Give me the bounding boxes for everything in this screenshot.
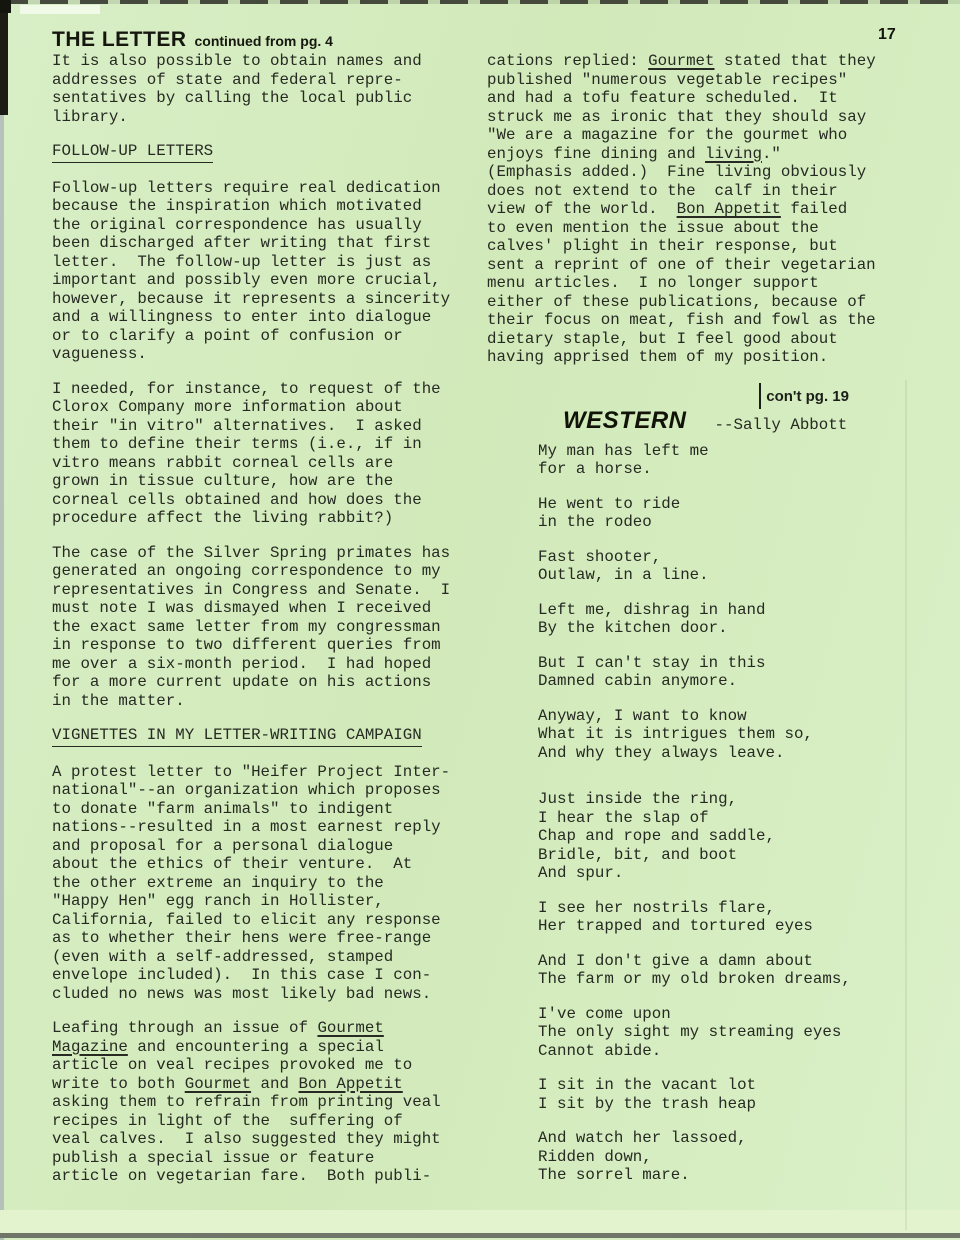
poem-byline: --Sally Abbott <box>715 416 848 434</box>
text-line: been discharged after writing that first <box>52 234 476 253</box>
text-line: He went to ride <box>538 495 911 514</box>
text-line: their focus on meat, fish and fowl as th… <box>487 311 911 330</box>
text-line: Fast shooter, <box>538 548 911 567</box>
scan-corner-mark <box>0 0 11 13</box>
text-line: Her trapped and tortured eyes <box>538 917 911 936</box>
text-line: in the rodeo <box>538 513 911 532</box>
text-line: write to both Gourmet and Bon Appetit <box>52 1075 476 1094</box>
text-line: Chap and rope and saddle, <box>538 827 911 846</box>
poem-stanza: My man has left mefor a horse. <box>538 442 911 479</box>
scan-paper-sliver <box>20 5 100 14</box>
text-line: to donate "farm animals" to indigent <box>52 800 476 819</box>
poem-stanza: Just inside the ring,I hear the slap ofC… <box>538 790 911 883</box>
text-line: about the ethics of their venture. At <box>52 855 476 874</box>
text-line: the original correspondence has usually <box>52 216 476 235</box>
text-line: me over a six-month period. I had hoped <box>52 655 476 674</box>
poem-stanza: Anyway, I want to knowWhat it is intrigu… <box>538 707 911 763</box>
poem-stanza: I see her nostrils flare,Her trapped and… <box>538 899 911 936</box>
text-line: the exact same letter from my congressma… <box>52 618 476 637</box>
text-line: representatives in Congress and Senate. … <box>52 581 476 600</box>
text-line: publish a special issue or feature <box>52 1149 476 1168</box>
text-line: "We are a magazine for the gourmet who <box>487 126 911 145</box>
text-line: Bridle, bit, and boot <box>538 846 911 865</box>
poem-stanza: I sit in the vacant lotI sit by the tras… <box>538 1076 911 1113</box>
text-segment: and <box>251 1075 298 1093</box>
text-line: The only sight my streaming eyes <box>538 1023 911 1042</box>
text-line: however, because it represents a sinceri… <box>52 290 476 309</box>
text-line: and had a tofu feature scheduled. It <box>487 89 911 108</box>
text-line: What it is intrigues them so, <box>538 725 911 744</box>
text-line: California, failed to elicit any respons… <box>52 911 476 930</box>
text-line: I've come upon <box>538 1005 911 1024</box>
text-segment: failed <box>781 200 847 218</box>
text-line: menu articles. I no longer support <box>487 274 911 293</box>
text-line: Ridden down, <box>538 1148 911 1167</box>
text-line: cations replied: Gourmet stated that the… <box>487 52 911 71</box>
scan-bottom-band <box>0 1210 960 1234</box>
text-line: in the matter. <box>52 692 476 711</box>
continuation-note: con't pg. 19 <box>487 383 911 405</box>
text-segment: enjoys fine dining and <box>487 145 705 163</box>
vertical-rule <box>759 383 761 409</box>
text-line: Follow-up letters require real dedicatio… <box>52 179 476 198</box>
text-line: to even mention the issue about the <box>487 219 911 238</box>
section-heading: FOLLOW-UP LETTERS <box>52 142 476 163</box>
text-line: By the kitchen door. <box>538 619 911 638</box>
text-segment: ." <box>762 145 781 163</box>
text-line: I sit by the trash heap <box>538 1095 911 1114</box>
article-title: THE LETTER <box>52 28 187 52</box>
text-line: grown in tissue culture, how are the <box>52 472 476 491</box>
text-line: Magazine and encountering a special <box>52 1038 476 1057</box>
text-line: And why they always leave. <box>538 744 911 763</box>
page-number: 17 <box>878 26 896 44</box>
text-line: because the inspiration which motivated <box>52 197 476 216</box>
text-line: article on veal recipes provoked me to <box>52 1056 476 1075</box>
text-segment: view of the world. <box>487 200 677 218</box>
paragraph: I needed, for instance, to request of th… <box>52 380 476 528</box>
paragraph: Follow-up letters require real dedicatio… <box>52 179 476 364</box>
text-line: must note I was dismayed when I received <box>52 599 476 618</box>
text-line: asking them to refrain from printing vea… <box>52 1093 476 1112</box>
underlined-text: Bon Appetit <box>677 200 781 218</box>
text-line: The sorrel mare. <box>538 1166 911 1185</box>
text-line: Leafing through an issue of Gourmet <box>52 1019 476 1038</box>
text-line: I needed, for instance, to request of th… <box>52 380 476 399</box>
underlined-text: Bon Appetit <box>298 1075 402 1093</box>
poem-title: WESTERN <box>563 408 687 434</box>
poem-stanza: And watch her lassoed,Ridden down,The so… <box>538 1129 911 1185</box>
text-line: I hear the slap of <box>538 809 911 828</box>
section-heading-text: VIGNETTES IN MY LETTER-WRITING CAMPAIGN <box>52 726 422 747</box>
scanned-newsletter-page: THE LETTER continued from pg. 4 17 It is… <box>0 0 960 1240</box>
right-column: cations replied: Gourmet stated that the… <box>487 52 911 1201</box>
text-line: letter. The follow-up letter is just as <box>52 253 476 272</box>
text-line: generated an ongoing correspondence to m… <box>52 562 476 581</box>
text-line: corneal cells obtained and how does the <box>52 491 476 510</box>
text-line: for a horse. <box>538 460 911 479</box>
scan-bottom-edge <box>0 1233 960 1238</box>
text-line: for a more current update on his actions <box>52 673 476 692</box>
text-line: and proposal for a personal dialogue <box>52 837 476 856</box>
text-line: article on vegetarian fare. Both publi- <box>52 1167 476 1186</box>
text-line: procedure affect the living rabbit?) <box>52 509 476 528</box>
text-line: Left me, dishrag in hand <box>538 601 911 620</box>
text-line: It is also possible to obtain names and <box>52 52 476 71</box>
text-line: either of these publications, because of <box>487 293 911 312</box>
paragraph: It is also possible to obtain names anda… <box>52 52 476 126</box>
article-header: THE LETTER continued from pg. 4 <box>52 28 333 52</box>
text-line: The farm or my old broken dreams, <box>538 970 911 989</box>
poem-header: WESTERN --Sally Abbott <box>487 407 911 434</box>
text-line: I see her nostrils flare, <box>538 899 911 918</box>
text-segment: write to both <box>52 1075 185 1093</box>
scan-left-edge <box>0 0 4 1240</box>
paragraph: A protest letter to "Heifer Project Inte… <box>52 763 476 1004</box>
section-heading: VIGNETTES IN MY LETTER-WRITING CAMPAIGN <box>52 726 476 747</box>
section-heading-text: FOLLOW-UP LETTERS <box>52 142 213 163</box>
text-line: Damned cabin anymore. <box>538 672 911 691</box>
text-line: And spur. <box>538 864 911 883</box>
text-line: published "numerous vegetable recipes" <box>487 71 911 90</box>
underlined-text: living <box>705 145 762 163</box>
text-line: My man has left me <box>538 442 911 461</box>
text-line: does not extend to the calf in their <box>487 182 911 201</box>
continuation-text: con't pg. 19 <box>766 388 849 405</box>
text-line: sent a reprint of one of their vegetaria… <box>487 256 911 275</box>
scan-left-black-bar <box>0 13 8 115</box>
text-segment: cations replied: <box>487 52 648 70</box>
text-line: view of the world. Bon Appetit failed <box>487 200 911 219</box>
text-line: (Emphasis added.) Fine living obviously <box>487 163 911 182</box>
text-line: vagueness. <box>52 345 476 364</box>
text-line: struck me as ironic that they should say <box>487 108 911 127</box>
paragraph: The case of the Silver Spring primates h… <box>52 544 476 711</box>
text-line: veal calves. I also suggested they might <box>52 1130 476 1149</box>
text-line: them to define their terms (i.e., if in <box>52 435 476 454</box>
poem-body: My man has left mefor a horse.He went to… <box>538 442 911 1185</box>
poem-stanza: But I can't stay in thisDamned cabin any… <box>538 654 911 691</box>
article-subtitle: continued from pg. 4 <box>195 33 333 49</box>
text-line: Clorox Company more information about <box>52 398 476 417</box>
text-line: cluded no news was most likely bad news. <box>52 985 476 1004</box>
text-line: nations--resulted in a most earnest repl… <box>52 818 476 837</box>
text-line: And I don't give a damn about <box>538 952 911 971</box>
paragraph: cations replied: Gourmet stated that the… <box>487 52 911 367</box>
text-line: Just inside the ring, <box>538 790 911 809</box>
text-line: A protest letter to "Heifer Project Inte… <box>52 763 476 782</box>
text-line: (even with a self-addressed, stamped <box>52 948 476 967</box>
text-line: national"--an organization which propose… <box>52 781 476 800</box>
text-segment: and encountering a special <box>128 1038 384 1056</box>
text-line: Cannot abide. <box>538 1042 911 1061</box>
text-line: addresses of state and federal repre- <box>52 71 476 90</box>
poem-stanza: He went to ridein the rodeo <box>538 495 911 532</box>
text-line: envelope included). In this case I con- <box>52 966 476 985</box>
text-segment: Leafing through an issue of <box>52 1019 317 1037</box>
text-line: recipes in light of the suffering of <box>52 1112 476 1131</box>
right-column-text: cations replied: Gourmet stated that the… <box>487 52 911 367</box>
text-line: "Happy Hen" egg ranch in Hollister, <box>52 892 476 911</box>
text-line: library. <box>52 108 476 127</box>
text-line: The case of the Silver Spring primates h… <box>52 544 476 563</box>
text-line: vitro means rabbit corneal cells are <box>52 454 476 473</box>
text-line: sentatives by calling the local public <box>52 89 476 108</box>
text-line: enjoys fine dining and living." <box>487 145 911 164</box>
text-line: Outlaw, in a line. <box>538 566 911 585</box>
poem-stanza: Fast shooter,Outlaw, in a line. <box>538 548 911 585</box>
text-line: having apprised them of my position. <box>487 348 911 367</box>
text-line: and a willingness to enter into dialogue <box>52 308 476 327</box>
poem-stanza: I've come uponThe only sight my streamin… <box>538 1005 911 1061</box>
underlined-text: Gourmet <box>185 1075 251 1093</box>
text-line: important and possibly even more crucial… <box>52 271 476 290</box>
text-line: or to clarify a point of confusion or <box>52 327 476 346</box>
text-line: And watch her lassoed, <box>538 1129 911 1148</box>
text-line: dietary staple, but I feel good about <box>487 330 911 349</box>
poem-stanza: And I don't give a damn aboutThe farm or… <box>538 952 911 989</box>
poem-stanza: Left me, dishrag in handBy the kitchen d… <box>538 601 911 638</box>
paragraph: Leafing through an issue of GourmetMagaz… <box>52 1019 476 1186</box>
text-line: But I can't stay in this <box>538 654 911 673</box>
text-line: in response to two different queries fro… <box>52 636 476 655</box>
text-line: the other extreme an inquiry to the <box>52 874 476 893</box>
text-line: their "in vitro" alternatives. I asked <box>52 417 476 436</box>
text-line: Anyway, I want to know <box>538 707 911 726</box>
text-line: I sit in the vacant lot <box>538 1076 911 1095</box>
underlined-text: Gourmet <box>648 52 714 70</box>
underlined-text: Gourmet <box>317 1019 383 1037</box>
underlined-text: Magazine <box>52 1038 128 1056</box>
left-column: It is also possible to obtain names anda… <box>52 52 476 1202</box>
scan-top-edge <box>0 0 960 4</box>
text-segment: stated that they <box>715 52 876 70</box>
text-line: calves' plight in their response, but <box>487 237 911 256</box>
text-line: as to whether their hens were free-range <box>52 929 476 948</box>
